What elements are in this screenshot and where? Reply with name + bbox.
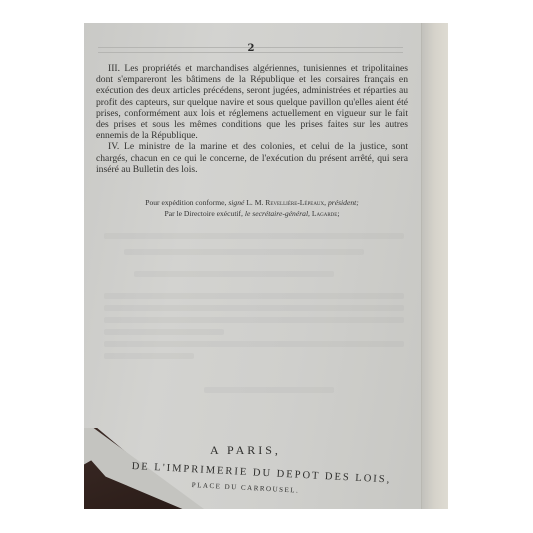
sig-prefix: Pour expédition conforme,	[145, 198, 226, 207]
sig-name: L. M. Revellière-Lépeaux,	[246, 198, 326, 207]
show-through-text	[204, 387, 334, 393]
show-through-text	[104, 353, 194, 359]
show-through-text	[104, 293, 404, 299]
sig-italic: le secrétaire-général,	[245, 209, 310, 218]
show-through-text	[104, 341, 404, 347]
show-through-text	[104, 317, 404, 323]
show-through-text	[104, 305, 404, 311]
imprint-address: PLACE DU CARROUSEL.	[192, 481, 300, 495]
article-iii: III. Les propriétés et marchandises algé…	[96, 63, 408, 141]
document-photo: 2 III. Les propriétés et marchandises al…	[84, 23, 448, 509]
signature-line-2: Par le Directoire exécutif, le secrétair…	[96, 209, 408, 218]
signature-line-1: Pour expédition conforme, signé L. M. Re…	[96, 198, 408, 207]
show-through-text	[104, 233, 404, 239]
page-edge	[421, 23, 448, 509]
article-text: III. Les propriétés et marchandises algé…	[96, 63, 408, 175]
sig-role: président;	[328, 198, 359, 207]
show-through-text	[124, 249, 364, 255]
sig-prefix: Par le Directoire exécutif,	[165, 209, 243, 218]
article-iv: IV. Le ministre de la marine et des colo…	[96, 141, 408, 175]
sig-italic: signé	[228, 198, 244, 207]
article-body: Le ministre de la marine et des colonies…	[96, 141, 408, 174]
article-label: IV.	[108, 141, 119, 152]
show-through-text	[134, 271, 334, 277]
page-number: 2	[84, 43, 418, 54]
imprint-city: A PARIS,	[210, 443, 281, 458]
show-through-text	[104, 329, 224, 335]
article-body: Les propriétés et marchandises algérienn…	[96, 63, 408, 141]
imprint-printer: DE L'IMPRIMERIE DU DEPOT DES LOIS,	[131, 461, 391, 486]
article-label: III.	[108, 63, 120, 74]
sig-name: Lagarde;	[312, 209, 340, 218]
